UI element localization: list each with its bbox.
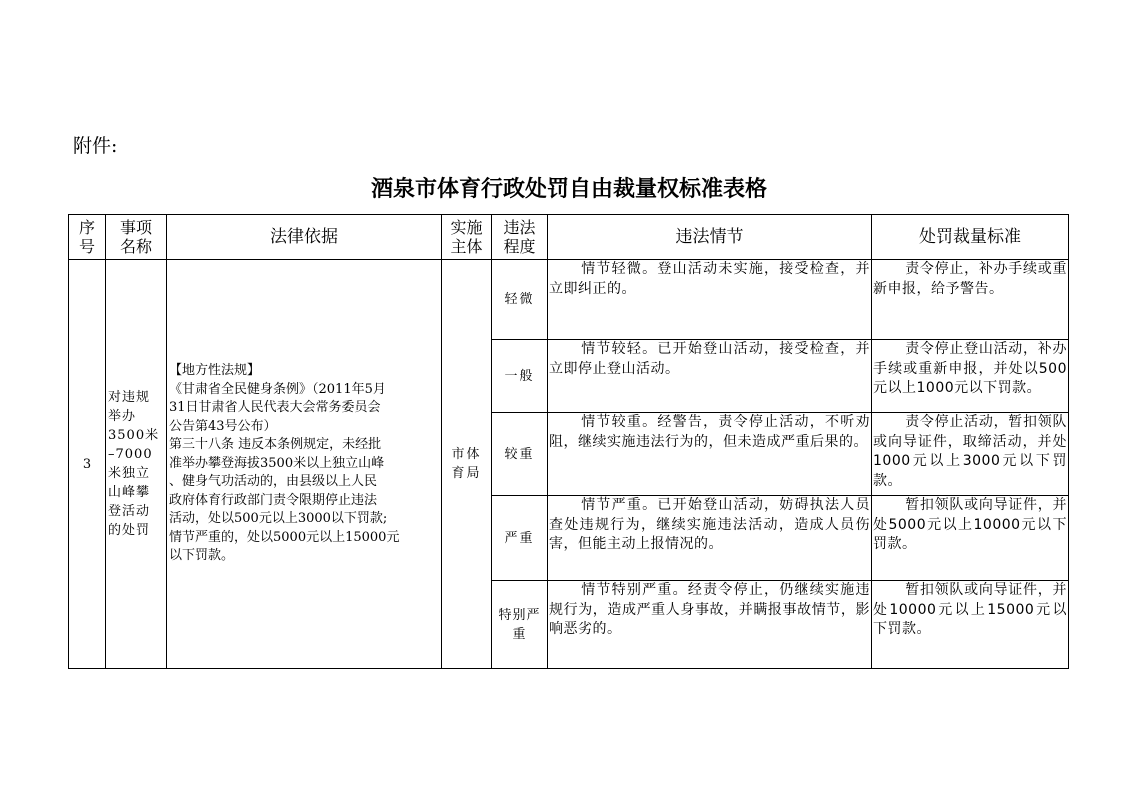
header-circumstance: 违法情节 (548, 215, 872, 260)
legal-basis-line: 准举办攀登海拔3500米以上独立山峰 (169, 455, 439, 474)
item-name-line: 山峰攀 (108, 483, 164, 502)
cell-standard-extremely-serious: 暂扣领队或向导证件，并处10000元以上15000元以下罚款。 (872, 581, 1069, 669)
legal-basis-line: 31日甘肃省人民代表大会常务委员会 (169, 399, 439, 418)
legal-basis-line: 活动，处以500元以上3000以下罚款; (169, 510, 439, 529)
item-name-line: 的处罚 (108, 521, 164, 540)
table-header-row: 序号 事项名称 法律依据 实施主体 违法程度 违法情节 处罚裁量标准 (69, 215, 1069, 260)
header-standard: 处罚裁量标准 (872, 215, 1069, 260)
header-seq: 序号 (69, 215, 106, 260)
cell-level-general: 一般 (492, 340, 548, 413)
header-item-name-line: 名称 (106, 237, 166, 256)
legal-basis-line: 情节严重的，处以5000元以上15000元 (169, 529, 439, 548)
item-name-line: 对违规 (108, 388, 164, 407)
item-name-line: 米独立 (108, 464, 164, 483)
discretion-standard-table: 序号 事项名称 法律依据 实施主体 违法程度 违法情节 处罚裁量标准 3 对违规… (68, 214, 1069, 669)
page-title-text: 酒泉市体育行政处罚自由裁量权标准表格 (371, 176, 767, 202)
cell-level-serious-moderate: 较重 (492, 413, 548, 496)
header-body-line: 主体 (442, 237, 491, 256)
body-line: 市体 (442, 445, 491, 464)
standard-general-text: 责令停止登山活动，补办手续或重新申报，并处以500元以上1000元以下罚款。 (873, 340, 1067, 411)
item-name-line: –7000 (108, 445, 164, 464)
cell-seq: 3 (69, 260, 106, 669)
header-seq-line: 号 (69, 237, 105, 256)
header-level: 违法程度 (492, 215, 548, 260)
cell-standard-general: 责令停止登山活动，补办手续或重新申报，并处以500元以上1000元以下罚款。 (872, 340, 1069, 413)
cell-standard-serious: 暂扣领队或向导证件，并处5000元以上10000元以下罚款。 (872, 496, 1069, 581)
cell-circumstance-serious: 情节严重。已开始登山活动，妨碍执法人员查处违规行为，继续实施违法活动，造成人员伤… (548, 496, 872, 581)
legal-basis-line: 以下罚款。 (169, 547, 439, 566)
header-legal-basis: 法律依据 (167, 215, 442, 260)
header-body: 实施主体 (442, 215, 492, 260)
header-level-line: 违法 (492, 218, 547, 237)
attachment-label: 附件: (73, 131, 117, 158)
legal-basis-line: 第三十八条 违反本条例规定，未经批 (169, 436, 439, 455)
header-body-line: 实施 (442, 218, 491, 237)
header-item-name-line: 事项 (106, 218, 166, 237)
cell-implementing-body: 市体 育局 (442, 260, 492, 669)
header-level-line: 程度 (492, 237, 547, 256)
cell-circumstance-general: 情节较轻。已开始登山活动，接受检查，并立即停止登山活动。 (548, 340, 872, 413)
cell-item-name: 对违规 举办 3500米 –7000 米独立 山峰攀 登活动 的处罚 (106, 260, 167, 669)
legal-basis-line: 【地方性法规】 (169, 362, 439, 381)
item-name-line: 举办 (108, 407, 164, 426)
header-item-name: 事项名称 (106, 215, 167, 260)
cell-standard-minor: 责令停止，补办手续或重新申报，给予警告。 (872, 260, 1069, 340)
header-seq-line: 序 (69, 218, 105, 237)
legal-basis-line: 《甘肃省全民健身条例》（2011年5月 (169, 381, 439, 400)
body-line: 育局 (442, 464, 491, 483)
cell-level-minor: 轻微 (492, 260, 548, 340)
legal-basis-line: 政府体育行政部门责令限期停止违法 (169, 492, 439, 511)
cell-circumstance-serious-moderate: 情节较重。经警告，责令停止活动，不听劝阻，继续实施违法行为的，但未造成严重后果的… (548, 413, 872, 496)
cell-circumstance-minor: 情节轻微。登山活动未实施，接受检查，并立即纠正的。 (548, 260, 872, 340)
legal-basis-line: 公告第43号公布） (169, 418, 439, 437)
cell-standard-serious-moderate: 责令停止活动，暂扣领队或向导证件，取缔活动，并处1000元以上3000元以下罚款… (872, 413, 1069, 496)
item-name-line: 登活动 (108, 502, 164, 521)
page-title: 酒泉市体育行政处罚自由裁量权标准表格 (0, 172, 1138, 203)
table-row: 3 对违规 举办 3500米 –7000 米独立 山峰攀 登活动 的处罚 【地方… (69, 260, 1069, 340)
legal-basis-line: 、健身气功活动的，由县级以上人民 (169, 473, 439, 492)
item-name-line: 3500米 (108, 426, 164, 445)
cell-level-extremely-serious: 特别严重 (492, 581, 548, 669)
cell-circumstance-extremely-serious: 情节特别严重。经责令停止，仍继续实施违规行为，造成严重人身事故，并瞒报事故情节，… (548, 581, 872, 669)
cell-legal-basis: 【地方性法规】 《甘肃省全民健身条例》（2011年5月 31日甘肃省人民代表大会… (167, 260, 442, 669)
cell-level-serious: 严重 (492, 496, 548, 581)
